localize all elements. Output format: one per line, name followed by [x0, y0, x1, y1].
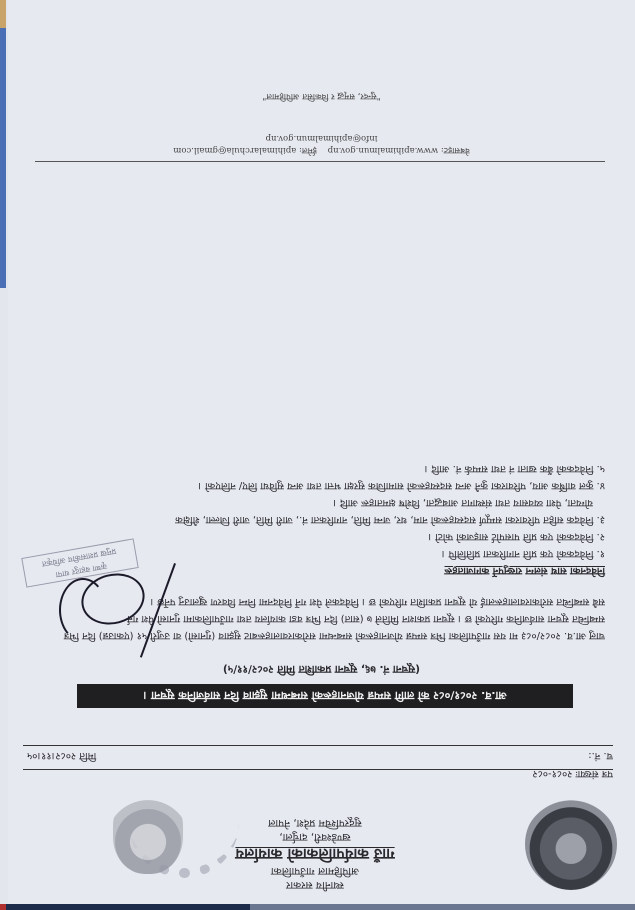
signature-block: कृष्ण बहादुर थापा प्रमुख प्रशासकीय अधिकृ…: [15, 554, 165, 664]
document-item: ५. निवेदकको बैंक खाता नं तथा सम्पर्क नं.…: [25, 460, 605, 477]
document-item: ४. कुल वार्षिक आय, परिवारका कुनै अन्य सद…: [25, 477, 605, 494]
letterhead: स्थानीय सरकार अपिहिमाल गाउँपालिका गाउँ क…: [8, 788, 635, 898]
nepal-emblem-icon: [525, 798, 617, 890]
divider: [23, 745, 613, 746]
municipality-logo-icon: [113, 794, 183, 874]
info-email: info@apihimalmun.gov.np: [8, 132, 635, 144]
notice-paper: स्थानीय सरकार अपिहिमाल गाउँपालिका गाउँ क…: [8, 0, 635, 904]
footer-contact: वेबसाइट: www.apihimalmun.gov.np ईमेल: ap…: [8, 132, 635, 156]
footer-divider: [35, 161, 605, 162]
website-link: वेबसाइट: www.apihimalmun.gov.np: [328, 145, 470, 155]
notice-content-upside-down: स्थानीय सरकार अपिहिमाल गाउँपालिका गाउँ क…: [8, 0, 635, 904]
motto: "सुन्दर, समृद्ध र विकसित अपिहिमाल": [8, 91, 635, 102]
letter-date: मिति २०८२।११।०५: [27, 750, 96, 764]
document-item-continued: योग्यता, पेशा व्यवसाय तथा संस्थागत आबद्ध…: [25, 494, 605, 511]
signature-mark: [59, 578, 107, 642]
photo-edge-blue-object: [0, 28, 6, 288]
divider: [23, 769, 613, 770]
photo-edge-bottom: [0, 904, 635, 910]
photo-edge-desk: [0, 0, 6, 28]
email-link: ईमेल: apihimalarchula@gmail.com: [173, 145, 317, 155]
notice-subtitle: (सूचना नं. ७६, सूचना प्रकाशित मिति २०८२/…: [8, 662, 635, 676]
municipality-name: अपिहिमाल गाउँपालिका: [185, 864, 445, 878]
dispatch-number: च. नं.:: [588, 750, 613, 764]
letter-number: पत्र संख्याः २०८१-०८२: [532, 768, 613, 782]
government-level: स्थानीय सरकार: [185, 878, 445, 892]
document-item: ३. निवेदक सहित परिवारका सम्पूर्ण सदस्यहर…: [25, 511, 605, 528]
notice-title: आ.व. २०८१/०८२ को लागि सम्पन्न योजनाहरूको…: [77, 684, 573, 708]
